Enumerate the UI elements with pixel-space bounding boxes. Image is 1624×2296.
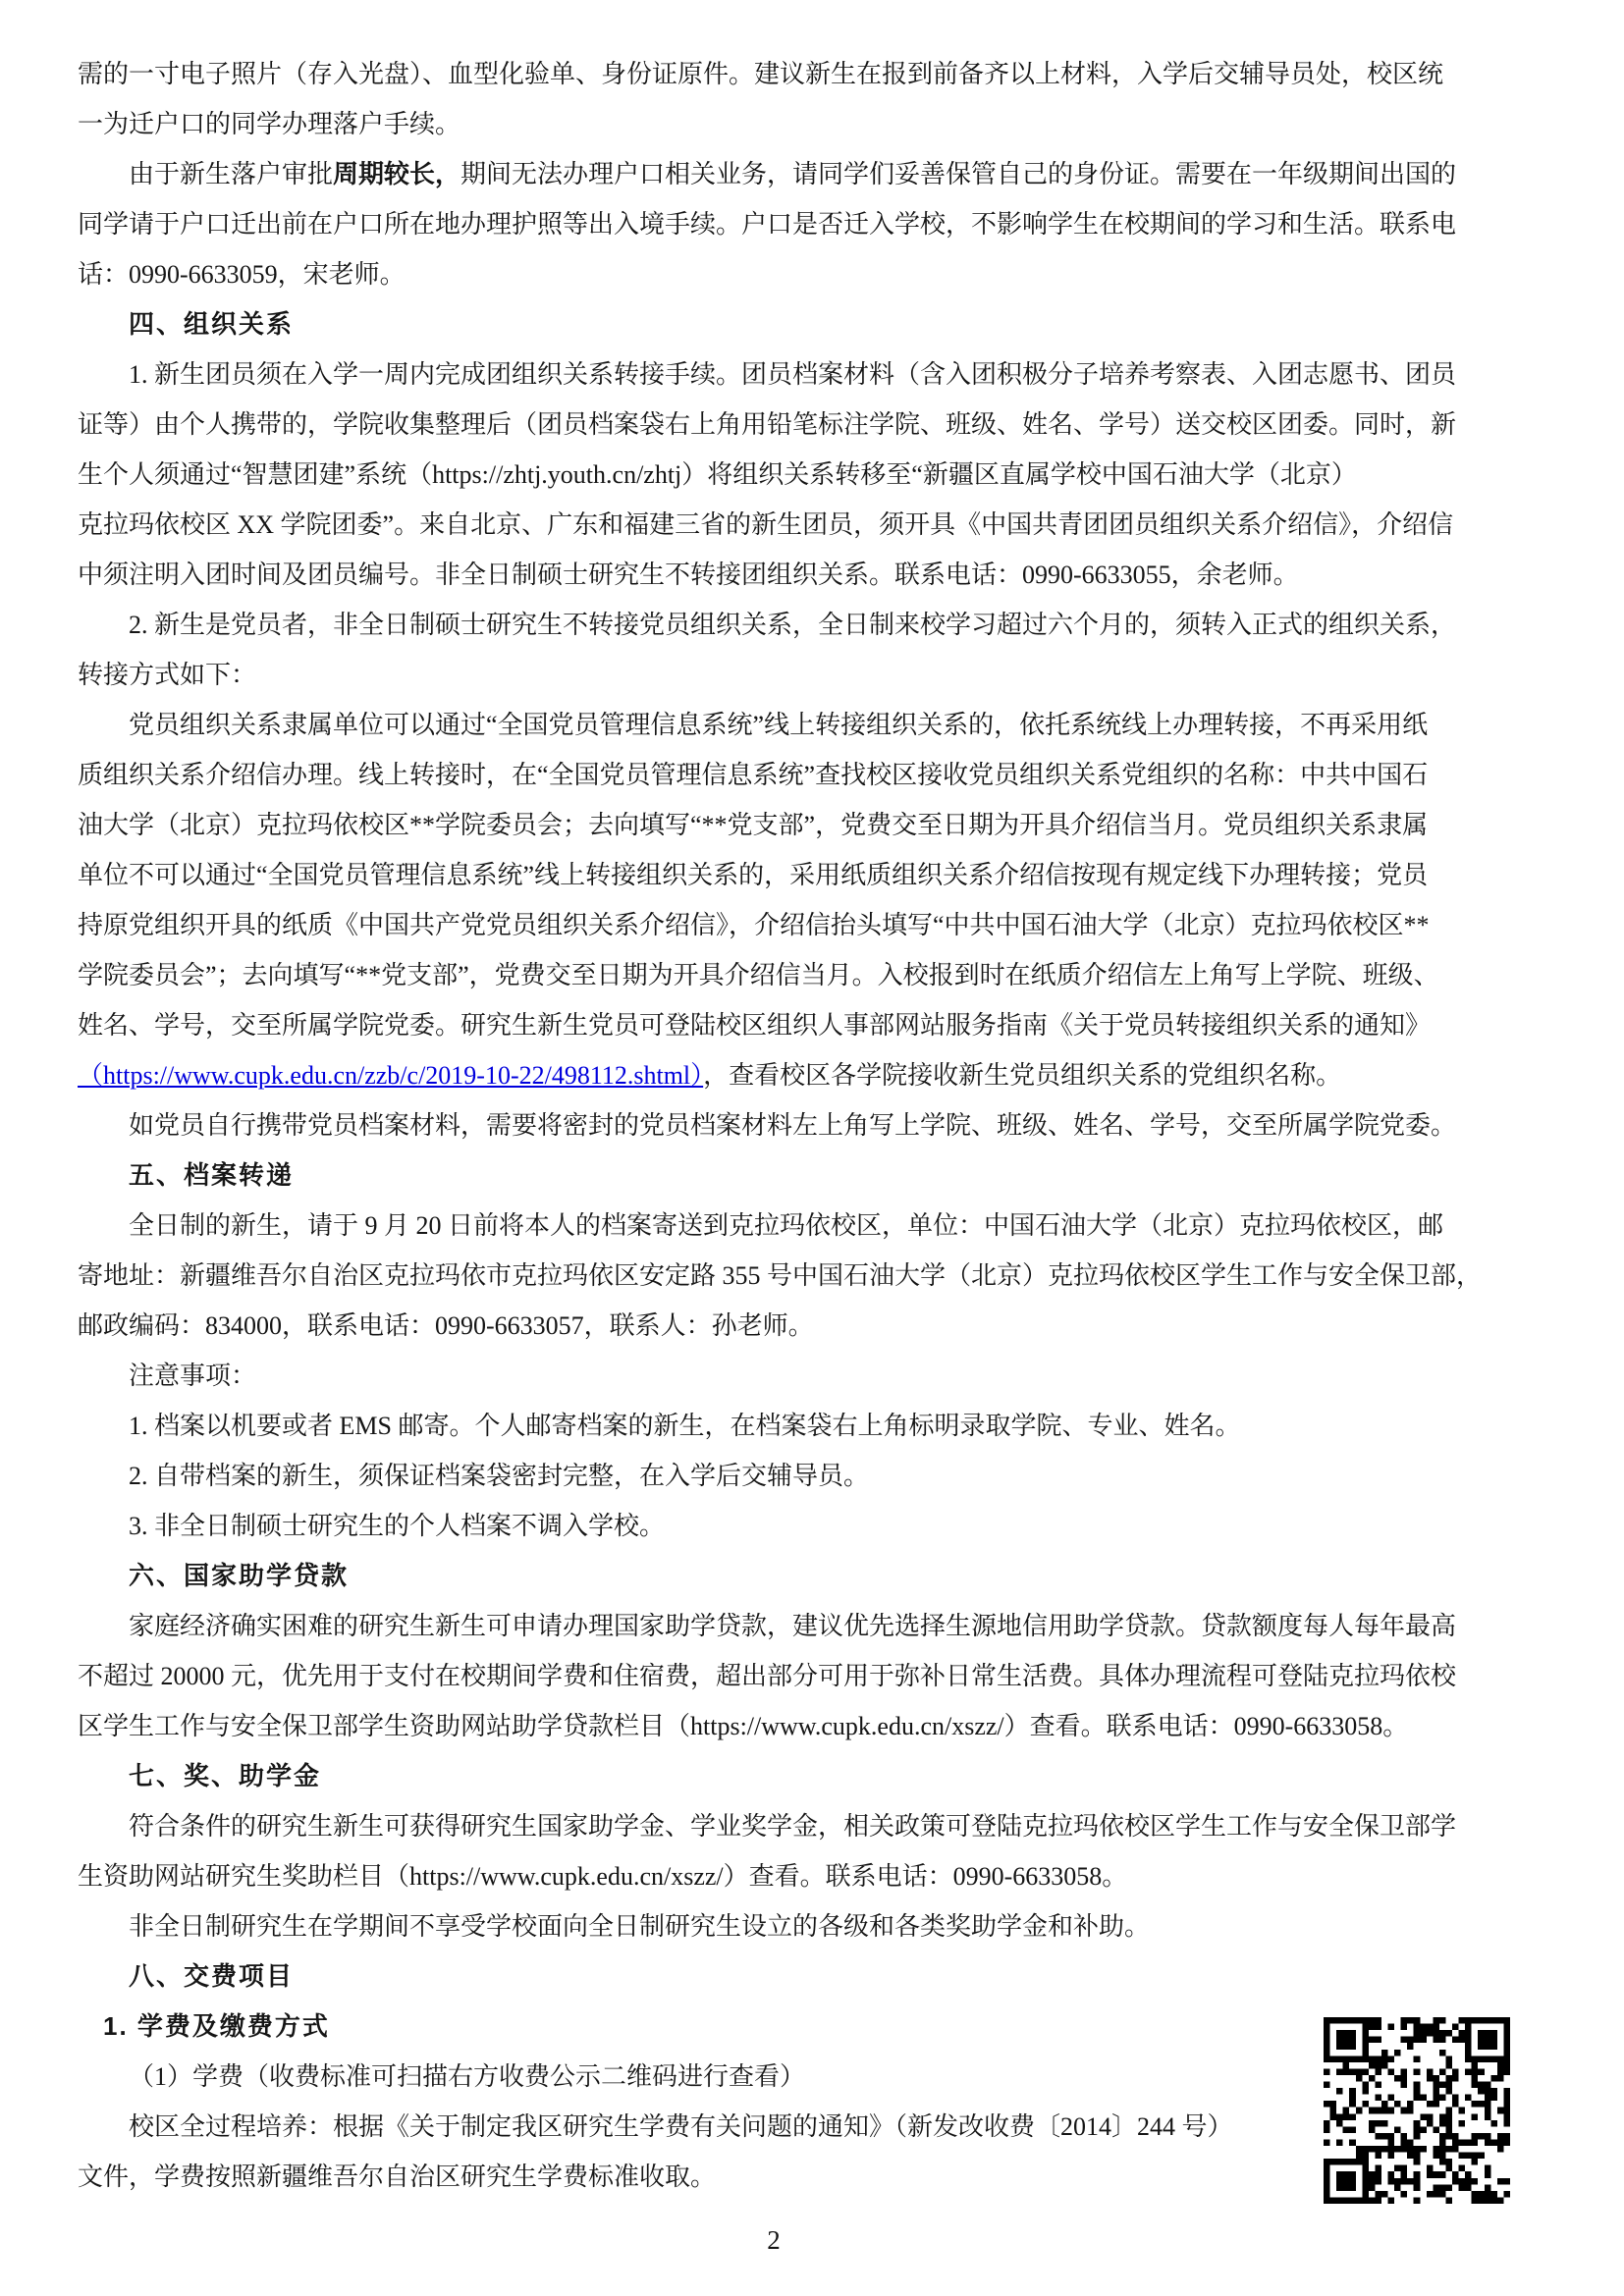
text-segment: 非全日制研究生在学期间不享受学校面向全日制研究生设立的各级和各类奖助学金和补助。: [129, 1912, 1150, 1941]
text-line: 邮政编码：834000，联系电话：0990-6633057，联系人：孙老师。: [78, 1301, 1550, 1351]
text-line: 单位不可以通过“全国党员管理信息系统”线上转接组织关系的，采用纸质组织关系介绍信…: [78, 850, 1550, 900]
text-segment: 生个人须通过“智慧团建”系统（https://zhtj.youth.cn/zht…: [78, 460, 1357, 489]
text-segment: 校区全过程培养：根据《关于制定我区研究生学费有关问题的通知》（新发改收费〔201…: [129, 2112, 1233, 2141]
text-line: 全日制的新生，请于 9 月 20 日前将本人的档案寄送到克拉玛依校区，单位：中国…: [78, 1201, 1550, 1251]
text-segment: 1. 档案以机要或者 EMS 邮寄。个人邮寄档案的新生，在档案袋右上角标明录取学…: [129, 1412, 1240, 1440]
section-heading-line: 八、交费项目: [78, 1951, 1550, 2002]
text-segment: 质组织关系介绍信办理。线上转接时，在“全国党员管理信息系统”查找校区接收党员组织…: [78, 761, 1428, 789]
document-page: 需的一寸电子照片（存入光盘）、血型化验单、身份证原件。建议新生在报到前备齐以上材…: [0, 0, 1624, 2296]
text-segment: 注意事项：: [129, 1362, 256, 1390]
text-line: 符合条件的研究生新生可获得研究生国家助学金、学业奖学金，相关政策可登陆克拉玛依校…: [78, 1801, 1550, 1851]
text-line: 证等）由个人携带的，学院收集整理后（团员档案袋右上角用铅笔标注学院、班级、姓名、…: [78, 400, 1550, 450]
text-line: 非全日制研究生在学期间不享受学校面向全日制研究生设立的各级和各类奖助学金和补助。: [78, 1901, 1550, 1951]
text-line: 寄地址：新疆维吾尔自治区克拉玛依市克拉玛依区安定路 355 号中国石油大学（北京…: [78, 1251, 1550, 1301]
text-segment: 寄地址：新疆维吾尔自治区克拉玛依市克拉玛依区安定路 355 号中国石油大学（北京…: [78, 1261, 1482, 1290]
text-line: 不超过 20000 元，优先用于支付在校期间学费和住宿费，超出部分可用于弥补日常…: [78, 1651, 1550, 1701]
text-segment: 区学生工作与安全保卫部学生资助网站助学贷款栏目（https://www.cupk…: [78, 1712, 1408, 1740]
text-line: 中须注明入团时间及团员编号。非全日制硕士研究生不转接团组织关系。联系电话：099…: [78, 550, 1550, 600]
text-segment: 不超过 20000 元，优先用于支付在校期间学费和住宿费，超出部分可用于弥补日常…: [78, 1662, 1456, 1690]
text-line: 2. 新生是党员者，非全日制硕士研究生不转接党员组织关系，全日制来校学习超过六个…: [78, 600, 1550, 650]
text-segment: 3. 非全日制硕士研究生的个人档案不调入学校。: [129, 1512, 665, 1540]
text-segment: 期间无法办理户口相关业务，请同学们妥善保管自己的身份证。需要在一年级期间出国的: [460, 160, 1456, 188]
section-heading: 六、国家助学贷款: [129, 1561, 349, 1590]
text-segment: 党员组织关系隶属单位可以通过“全国党员管理信息系统”线上转接组织关系的，依托系统…: [129, 711, 1428, 739]
section-heading: 1. 学费及缴费方式: [103, 2011, 330, 2041]
text-line: 油大学（北京）克拉玛依校区**学院委员会；去向填写“**党支部”，党费交至日期为…: [78, 800, 1550, 850]
text-segment: 如党员自行携带党员档案材料，需要将密封的党员档案材料左上角写上学院、班级、姓名、…: [129, 1111, 1456, 1140]
section-heading: 四、组织关系: [129, 309, 294, 339]
text-segment: 克拉玛依校区 XX 学院团委”。来自北京、广东和福建三省的新生团员，须开具《中国…: [78, 510, 1453, 539]
text-segment: 符合条件的研究生新生可获得研究生国家助学金、学业奖学金，相关政策可登陆克拉玛依校…: [129, 1812, 1456, 1841]
text-segment: 2. 自带档案的新生，须保证档案袋密封完整，在入学后交辅导员。: [129, 1462, 869, 1490]
text-line: 持原党组织开具的纸质《中国共产党党员组织关系介绍信》，介绍信抬头填写“中共中国石…: [78, 900, 1550, 950]
text-segment: 转接方式如下：: [78, 661, 256, 689]
text-segment: 邮政编码：834000，联系电话：0990-6633057，联系人：孙老师。: [78, 1311, 814, 1340]
text-segment: 持原党组织开具的纸质《中国共产党党员组织关系介绍信》，介绍信抬头填写“中共中国石…: [78, 911, 1430, 939]
qr-code: [1324, 2017, 1510, 2204]
text-line: 生资助网站研究生奖助栏目（https://www.cupk.edu.cn/xsz…: [78, 1851, 1550, 1901]
text-segment: 证等）由个人携带的，学院收集整理后（团员档案袋右上角用铅笔标注学院、班级、姓名、…: [78, 410, 1456, 439]
text-line: 如党员自行携带党员档案材料，需要将密封的党员档案材料左上角写上学院、班级、姓名、…: [78, 1100, 1550, 1150]
text-line: 由于新生落户审批周期较长，期间无法办理户口相关业务，请同学们妥善保管自己的身份证…: [78, 149, 1550, 199]
text-line: 党员组织关系隶属单位可以通过“全国党员管理信息系统”线上转接组织关系的，依托系统…: [78, 700, 1550, 750]
text-segment: 全日制的新生，请于 9 月 20 日前将本人的档案寄送到克拉玛依校区，单位：中国…: [129, 1211, 1443, 1240]
text-segment: 姓名、学号，交至所属学院党委。研究生新生党员可登陆校区组织人事部网站服务指南《关…: [78, 1011, 1431, 1040]
section-heading-line: 六、国家助学贷款: [78, 1551, 1550, 1601]
text-segment: 话：0990-6633059，宋老师。: [78, 260, 406, 289]
text-line: 学院委员会”；去向填写“**党支部”，党费交至日期为开具介绍信当月。入校报到时在…: [78, 950, 1550, 1000]
text-segment: 2. 新生是党员者，非全日制硕士研究生不转接党员组织关系，全日制来校学习超过六个…: [129, 611, 1456, 639]
text-segment: 家庭经济确实困难的研究生新生可申请办理国家助学贷款，建议优先选择生源地信用助学贷…: [129, 1612, 1456, 1640]
text-line: 一为迁户口的同学办理落户手续。: [78, 99, 1550, 149]
text-line: （https://www.cupk.edu.cn/zzb/c/2019-10-2…: [78, 1050, 1550, 1100]
text-segment: 文件，学费按照新疆维吾尔自治区研究生学费标准收取。: [78, 2163, 716, 2191]
text-segment: 生资助网站研究生奖助栏目（https://www.cupk.edu.cn/xsz…: [78, 1862, 1127, 1891]
section-heading-line: 四、组织关系: [78, 299, 1550, 349]
text-line: 话：0990-6633059，宋老师。: [78, 249, 1550, 299]
text-segment: 同学请于户口迁出前在户口所在地办理护照等出入境手续。户口是否迁入学校，不影响学生…: [78, 210, 1456, 239]
text-segment: 1. 新生团员须在入学一周内完成团组织关系转接手续。团员档案材料（含入团积极分子…: [129, 360, 1456, 389]
text-line: 转接方式如下：: [78, 650, 1550, 700]
text-segment: 一为迁户口的同学办理落户手续。: [78, 110, 460, 138]
text-line: 克拉玛依校区 XX 学院团委”。来自北京、广东和福建三省的新生团员，须开具《中国…: [78, 500, 1550, 550]
section-heading: 五、档案转递: [129, 1160, 294, 1190]
section-heading: 八、交费项目: [129, 1961, 294, 1991]
text-line: 质组织关系介绍信办理。线上转接时，在“全国党员管理信息系统”查找校区接收党员组织…: [78, 750, 1550, 800]
page-number: 2: [754, 2220, 793, 2260]
text-line: 姓名、学号，交至所属学院党委。研究生新生党员可登陆校区组织人事部网站服务指南《关…: [78, 1000, 1550, 1050]
text-segment: ，查看校区各学院接收新生党员组织关系的党组织名称。: [703, 1061, 1341, 1090]
document-body: 需的一寸电子照片（存入光盘）、血型化验单、身份证原件。建议新生在报到前备齐以上材…: [78, 49, 1550, 2202]
text-segment: 由于新生落户审批: [129, 160, 333, 188]
text-segment: 油大学（北京）克拉玛依校区**学院委员会；去向填写“**党支部”，党费交至日期为…: [78, 811, 1428, 839]
section-heading-line: 七、奖、助学金: [78, 1751, 1550, 1801]
text-line: 1. 档案以机要或者 EMS 邮寄。个人邮寄档案的新生，在档案袋右上角标明录取学…: [78, 1401, 1550, 1451]
hyperlink[interactable]: （https://www.cupk.edu.cn/zzb/c/2019-10-2…: [78, 1061, 703, 1090]
text-line: 2. 自带档案的新生，须保证档案袋密封完整，在入学后交辅导员。: [78, 1451, 1550, 1501]
text-segment: 中须注明入团时间及团员编号。非全日制硕士研究生不转接团组织关系。联系电话：099…: [78, 561, 1299, 589]
text-line: 需的一寸电子照片（存入光盘）、血型化验单、身份证原件。建议新生在报到前备齐以上材…: [78, 49, 1550, 99]
text-line: 家庭经济确实困难的研究生新生可申请办理国家助学贷款，建议优先选择生源地信用助学贷…: [78, 1601, 1550, 1651]
text-line: 3. 非全日制硕士研究生的个人档案不调入学校。: [78, 1501, 1550, 1551]
bold-text: 周期较长，: [333, 160, 460, 188]
text-segment: 学院委员会”；去向填写“**党支部”，党费交至日期为开具介绍信当月。入校报到时在…: [78, 961, 1439, 989]
text-line: 区学生工作与安全保卫部学生资助网站助学贷款栏目（https://www.cupk…: [78, 1701, 1550, 1751]
text-line: 1. 新生团员须在入学一周内完成团组织关系转接手续。团员档案材料（含入团积极分子…: [78, 349, 1550, 400]
text-line: 注意事项：: [78, 1351, 1550, 1401]
text-line: 同学请于户口迁出前在户口所在地办理护照等出入境手续。户口是否迁入学校，不影响学生…: [78, 199, 1550, 249]
section-heading-line: 五、档案转递: [78, 1150, 1550, 1201]
text-segment: 单位不可以通过“全国党员管理信息系统”线上转接组织关系的，采用纸质组织关系介绍信…: [78, 861, 1428, 889]
text-segment: 需的一寸电子照片（存入光盘）、血型化验单、身份证原件。建议新生在报到前备齐以上材…: [78, 60, 1443, 88]
section-heading: 七、奖、助学金: [129, 1761, 321, 1790]
text-line: 生个人须通过“智慧团建”系统（https://zhtj.youth.cn/zht…: [78, 450, 1550, 500]
text-segment: （1）学费（收费标准可扫描右方收费公示二维码进行查看）: [129, 2062, 805, 2091]
